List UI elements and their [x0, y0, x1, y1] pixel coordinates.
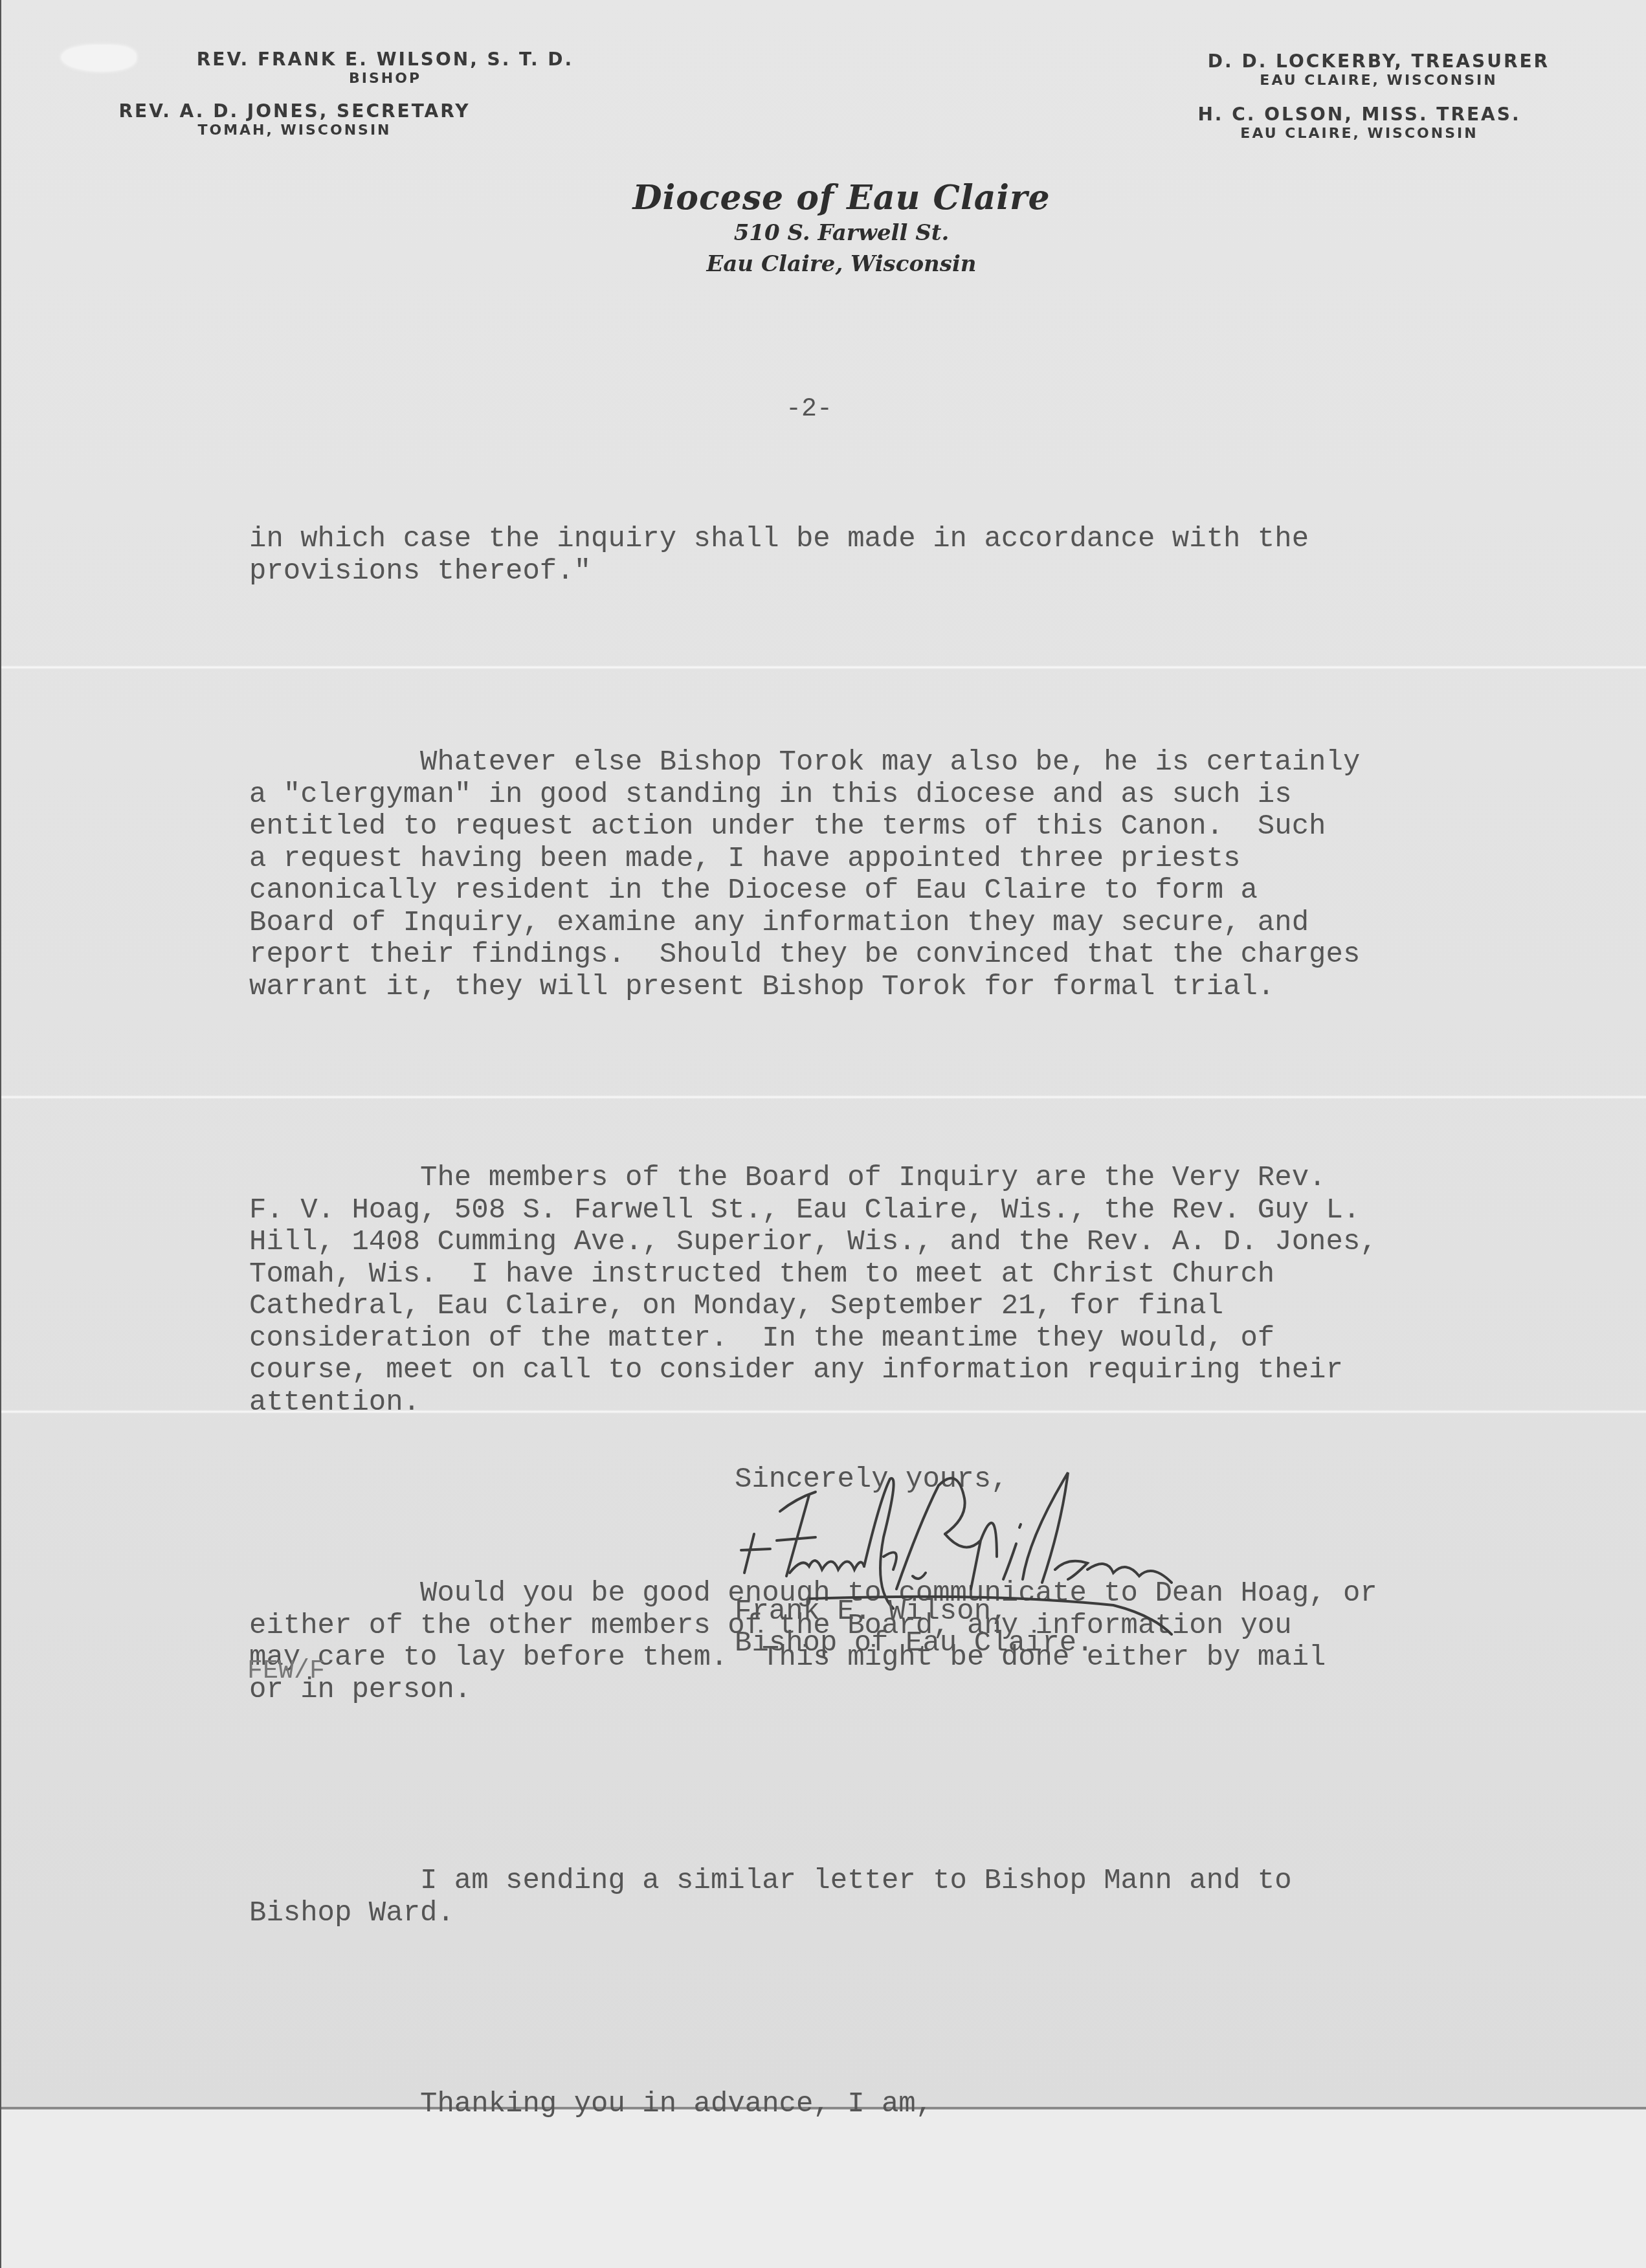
letterhead-miss-treasurer: H. C. OLSON, MISS. TREAS. EAU CLAIRE, WI…: [1172, 104, 1547, 142]
scan-edge: [0, 0, 1, 2268]
letterhead-treasurer: D. D. LOCKERBY, TREASURER EAU CLAIRE, WI…: [1172, 50, 1586, 89]
letterhead-bishop: REV. FRANK E. WILSON, S. T. D. BISHOP: [159, 49, 612, 87]
letterhead-name: REV. FRANK E. WILSON, S. T. D.: [159, 49, 612, 71]
diocese-city: Eau Claire, Wisconsin: [615, 251, 1068, 277]
reference-initials: FEW/F: [247, 1657, 325, 1686]
diocese-title: Diocese of Eau Claire: [615, 178, 1068, 217]
paragraph: Whatever else Bishop Torok may also be, …: [249, 747, 1557, 1003]
letterhead-location: EAU CLAIRE, WISCONSIN: [1172, 126, 1547, 142]
letterhead-name: D. D. LOCKERBY, TREASURER: [1172, 50, 1586, 72]
masthead: Diocese of Eau Claire 510 S. Farwell St.…: [615, 178, 1068, 277]
letterhead-name: REV. A. D. JONES, SECRETARY: [94, 100, 495, 122]
letterhead-location: TOMAH, WISCONSIN: [94, 122, 495, 139]
paragraph: The members of the Board of Inquiry are …: [249, 1162, 1557, 1419]
paragraph: I am sending a similar letter to Bishop …: [249, 1865, 1557, 1929]
letter-body: in which case the inquiry shall be made …: [249, 460, 1557, 2185]
typed-name: Frank E. Wilson,: [735, 1595, 1008, 1628]
page-number: -2-: [744, 395, 874, 424]
letterhead-name: H. C. OLSON, MISS. TREAS.: [1172, 104, 1547, 126]
letter-page: REV. FRANK E. WILSON, S. T. D. BISHOP RE…: [0, 0, 1646, 2109]
paper-tear: [61, 45, 136, 71]
paragraph: Thanking you in advance, I am,: [249, 2089, 1557, 2121]
diocese-address: 510 S. Farwell St.: [615, 220, 1068, 246]
typed-title: Bishop of Eau Claire.: [735, 1627, 1094, 1660]
letterhead-location: EAU CLAIRE, WISCONSIN: [1172, 72, 1586, 89]
paragraph: in which case the inquiry shall be made …: [249, 524, 1557, 588]
letterhead-secretary: REV. A. D. JONES, SECRETARY TOMAH, WISCO…: [94, 100, 495, 139]
letterhead-role: BISHOP: [159, 71, 612, 87]
